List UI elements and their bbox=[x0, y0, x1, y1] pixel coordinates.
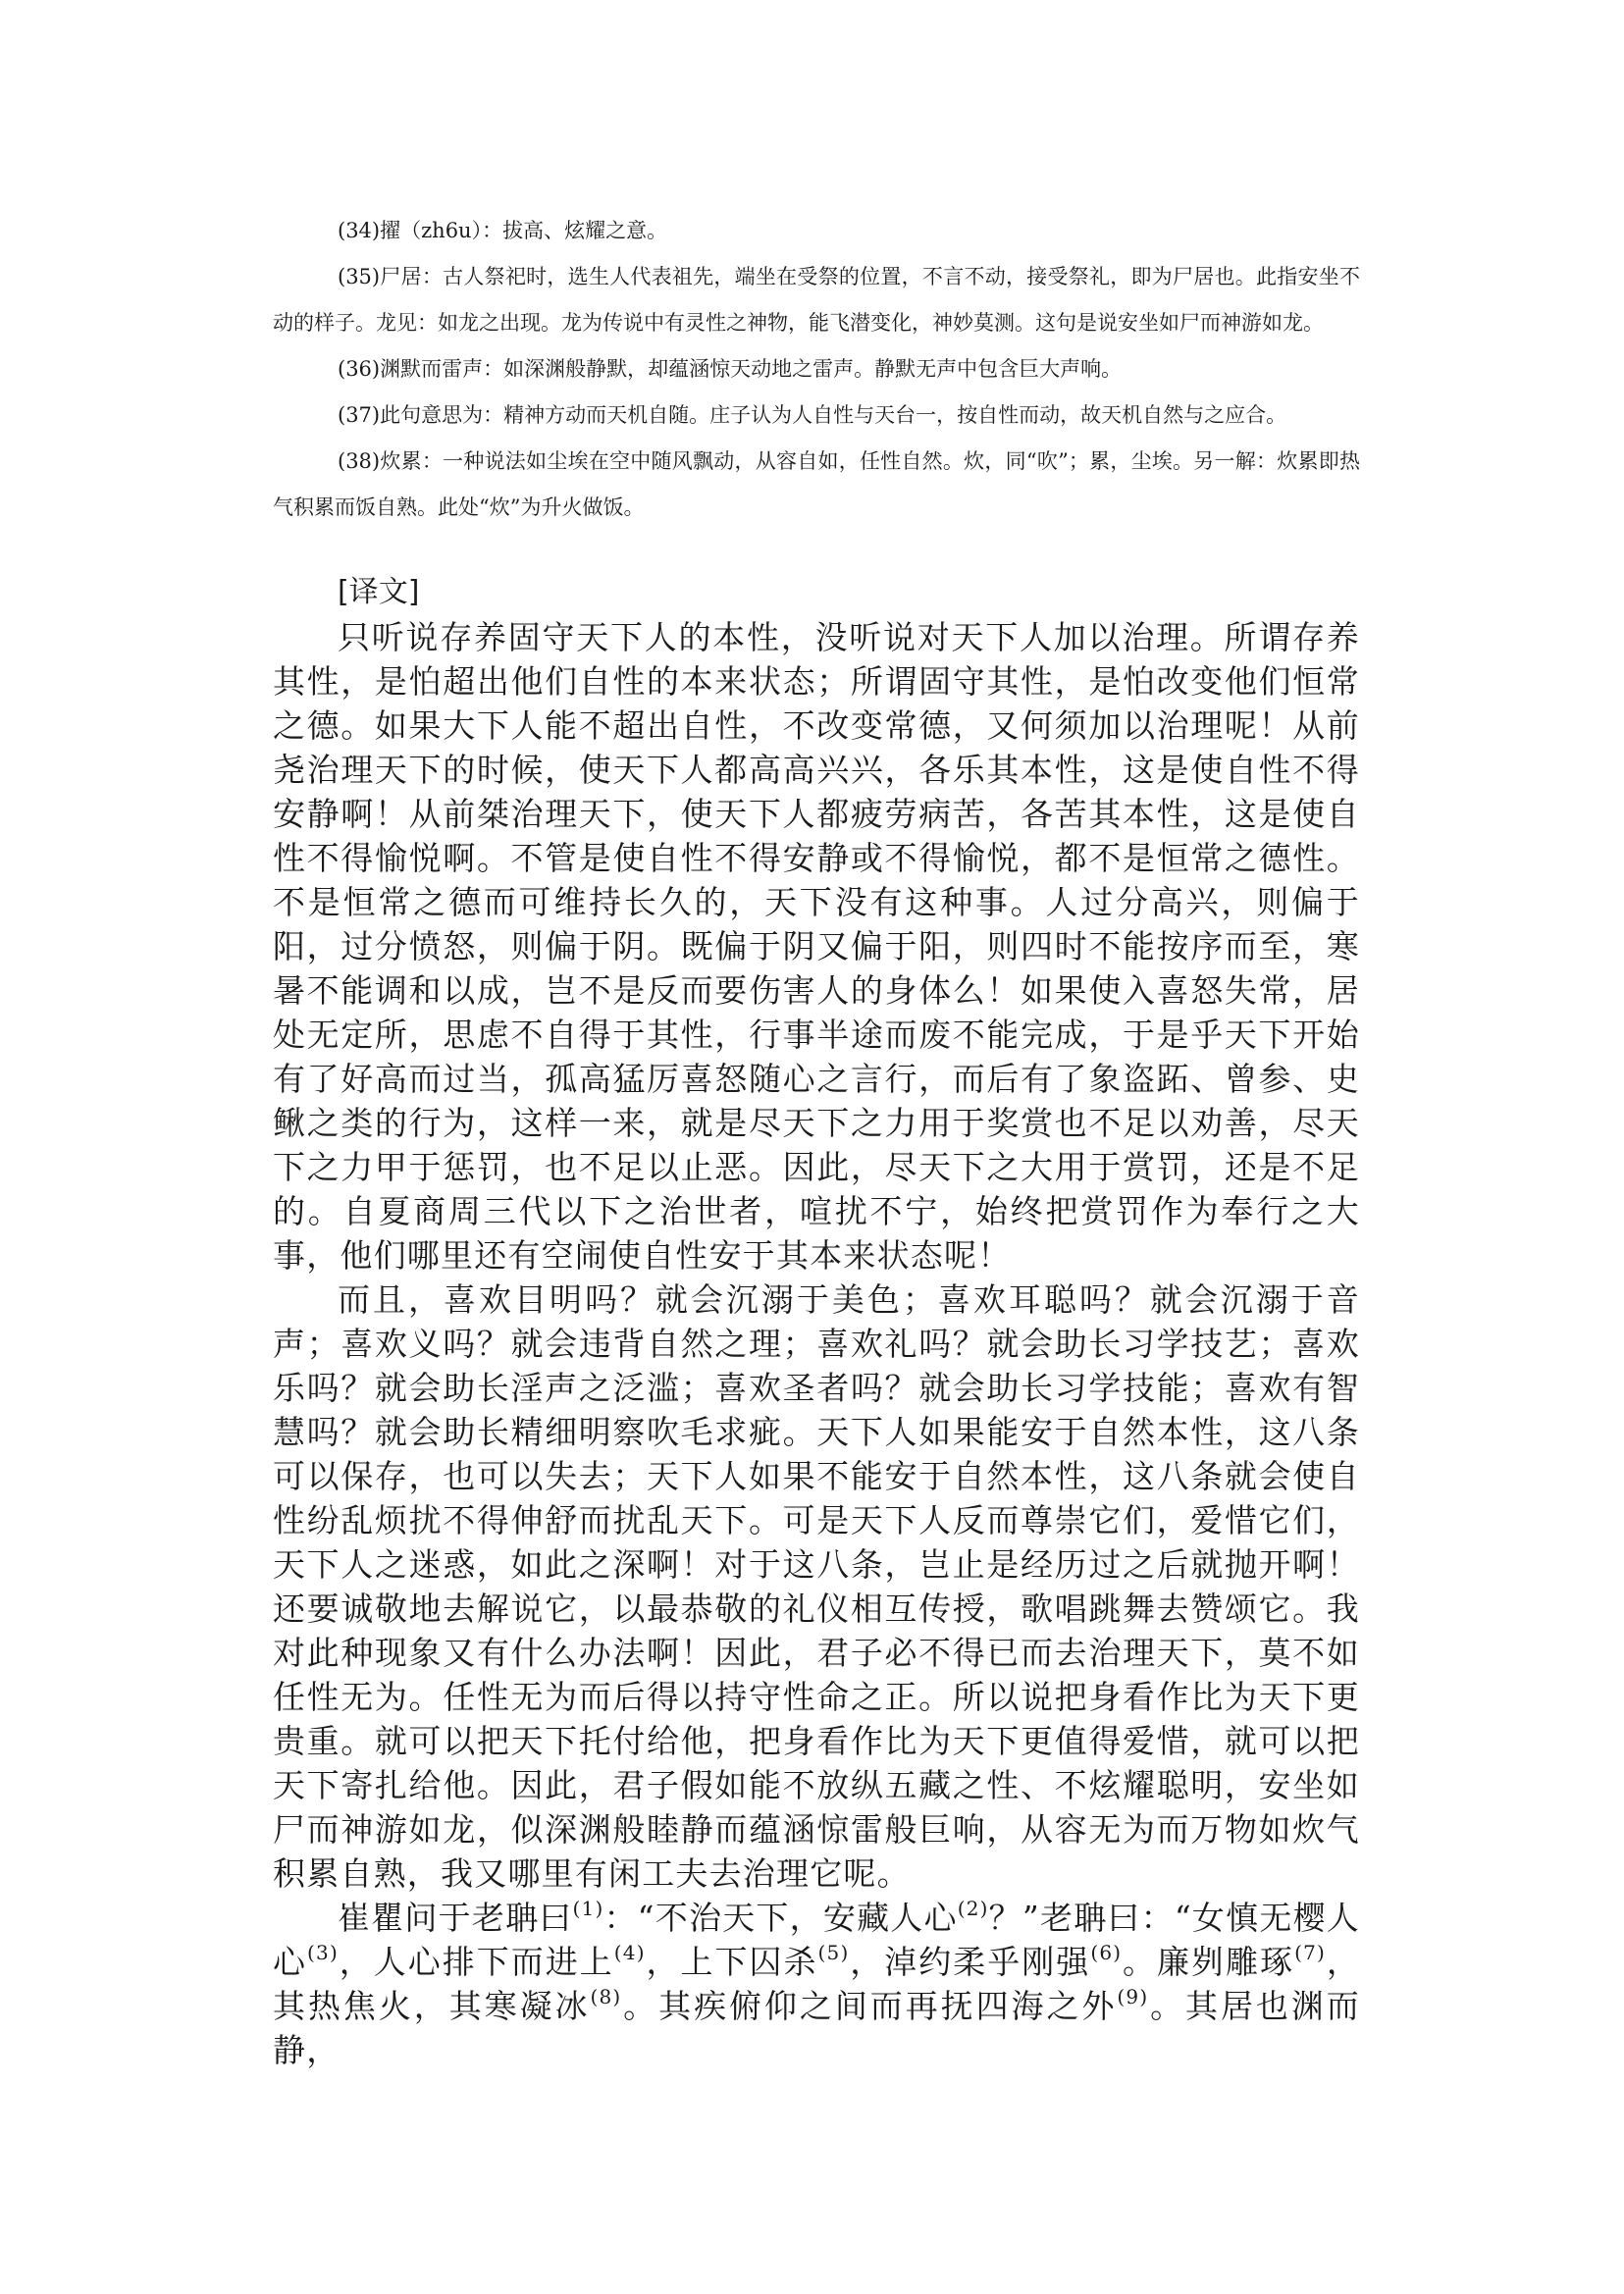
footnote-ref: (7) bbox=[1294, 1941, 1326, 1964]
footnote-ref: (1) bbox=[573, 1897, 604, 1920]
footnote-ref: (8) bbox=[591, 1985, 622, 2008]
footnote-ref: (3) bbox=[307, 1941, 339, 1964]
footnote-35: (35)尸居：古人祭祀时，选生人代表祖先，端坐在受祭的位置，不言不动，接受祭礼，… bbox=[273, 254, 1360, 346]
original-segment: ，淖约柔乎刚强 bbox=[849, 1943, 1090, 1981]
footnote-37: (37)此句意思为：精神方动而天机自随。庄子认为人自性与天台一，按自性而动，故天… bbox=[273, 392, 1360, 439]
footnote-ref: (9) bbox=[1117, 1985, 1148, 2008]
document-page: (34)擢（zh6u）：拔高、炫耀之意。 (35)尸居：古人祭祀时，选生人代表祖… bbox=[273, 208, 1360, 2072]
footnote-36: (36)渊默而雷声：如深渊般静默，却蕴涵惊天动地之雷声。静默无声中包含巨大声响。 bbox=[273, 346, 1360, 392]
original-segment: ，上下囚杀 bbox=[646, 1943, 818, 1981]
footnotes-section: (34)擢（zh6u）：拔高、炫耀之意。 (35)尸居：古人祭祀时，选生人代表祖… bbox=[273, 208, 1360, 531]
original-segment: ：“不治天下，安藏人心 bbox=[603, 1899, 957, 1937]
original-segment: 崔瞿问于老聃曰 bbox=[338, 1899, 573, 1937]
footnote-ref: (2) bbox=[958, 1897, 989, 1920]
translation-body: 只听说存养固守天下人的本性，没听说对天下人加以治理。所谓存养其性，是怕超出他们自… bbox=[273, 615, 1360, 2072]
footnote-34: (34)擢（zh6u）：拔高、炫耀之意。 bbox=[273, 208, 1360, 254]
footnote-ref: (4) bbox=[614, 1941, 646, 1964]
original-segment: 。其疾俯仰之间而再抚四海之外 bbox=[621, 1987, 1117, 2025]
translation-paragraph-1: 只听说存养固守天下人的本性，没听说对天下人加以治理。所谓存养其性，是怕超出他们自… bbox=[273, 615, 1360, 1277]
translation-heading: [译文] bbox=[338, 570, 1360, 615]
footnote-38: (38)炊累：一种说法如尘埃在空中随风飘动，从容自如，任性自然。炊，同“吹”；累… bbox=[273, 439, 1360, 531]
original-segment: 。廉刿雕琢 bbox=[1122, 1943, 1294, 1981]
footnote-ref: (5) bbox=[818, 1941, 850, 1964]
footnote-ref: (6) bbox=[1090, 1941, 1122, 1964]
translation-paragraph-2: 而且，喜欢目明吗？就会沉溺于美色；喜欢耳聪吗？就会沉溺于音声；喜欢义吗？就会违背… bbox=[273, 1277, 1360, 1896]
original-text-paragraph: 崔瞿问于老聃曰(1)：“不治天下，安藏人心(2)？”老聃曰：“女慎无樱人心(3)… bbox=[273, 1896, 1360, 2072]
original-segment: ，人心排下而进上 bbox=[339, 1943, 614, 1981]
